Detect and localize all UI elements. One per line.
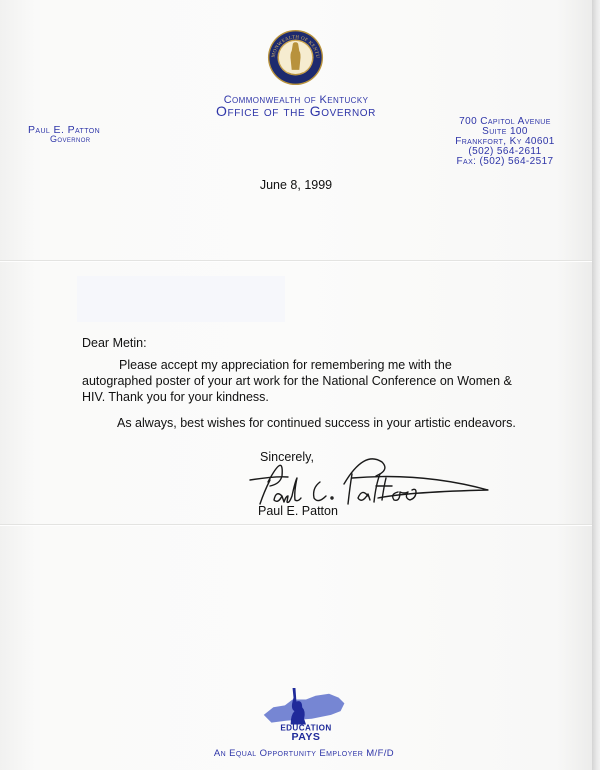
letter-page: COMMONWEALTH OF KENTUCKY Commonwealth of…	[0, 0, 592, 770]
redacted-address	[77, 276, 285, 322]
equal-opportunity-statement: An Equal Opportunity Employer M/F/D	[0, 748, 600, 759]
signer-name: Paul E. Patton	[258, 504, 338, 518]
body-paragraph: As always, best wishes for continued suc…	[117, 416, 516, 430]
education-pays-logo-icon: EDUCATION PAYS	[258, 685, 354, 741]
letter-date: June 8, 1999	[0, 178, 592, 192]
fold-line	[0, 260, 592, 261]
page-edge-shadow	[592, 0, 600, 770]
address-block: 700 Capitol Avenue Suite 100 Frankfort, …	[420, 117, 590, 167]
kentucky-seal-icon: COMMONWEALTH OF KENTUCKY	[267, 29, 324, 86]
body-paragraph: Please accept my appreciation for rememb…	[82, 357, 522, 405]
signature-icon	[248, 458, 493, 508]
fold-line	[0, 524, 592, 525]
svg-text:PAYS: PAYS	[292, 731, 321, 741]
salutation: Dear Metin:	[82, 336, 147, 350]
address-fax: Fax: (502) 564-2517	[420, 157, 590, 167]
sender-title: Governor	[50, 134, 91, 144]
